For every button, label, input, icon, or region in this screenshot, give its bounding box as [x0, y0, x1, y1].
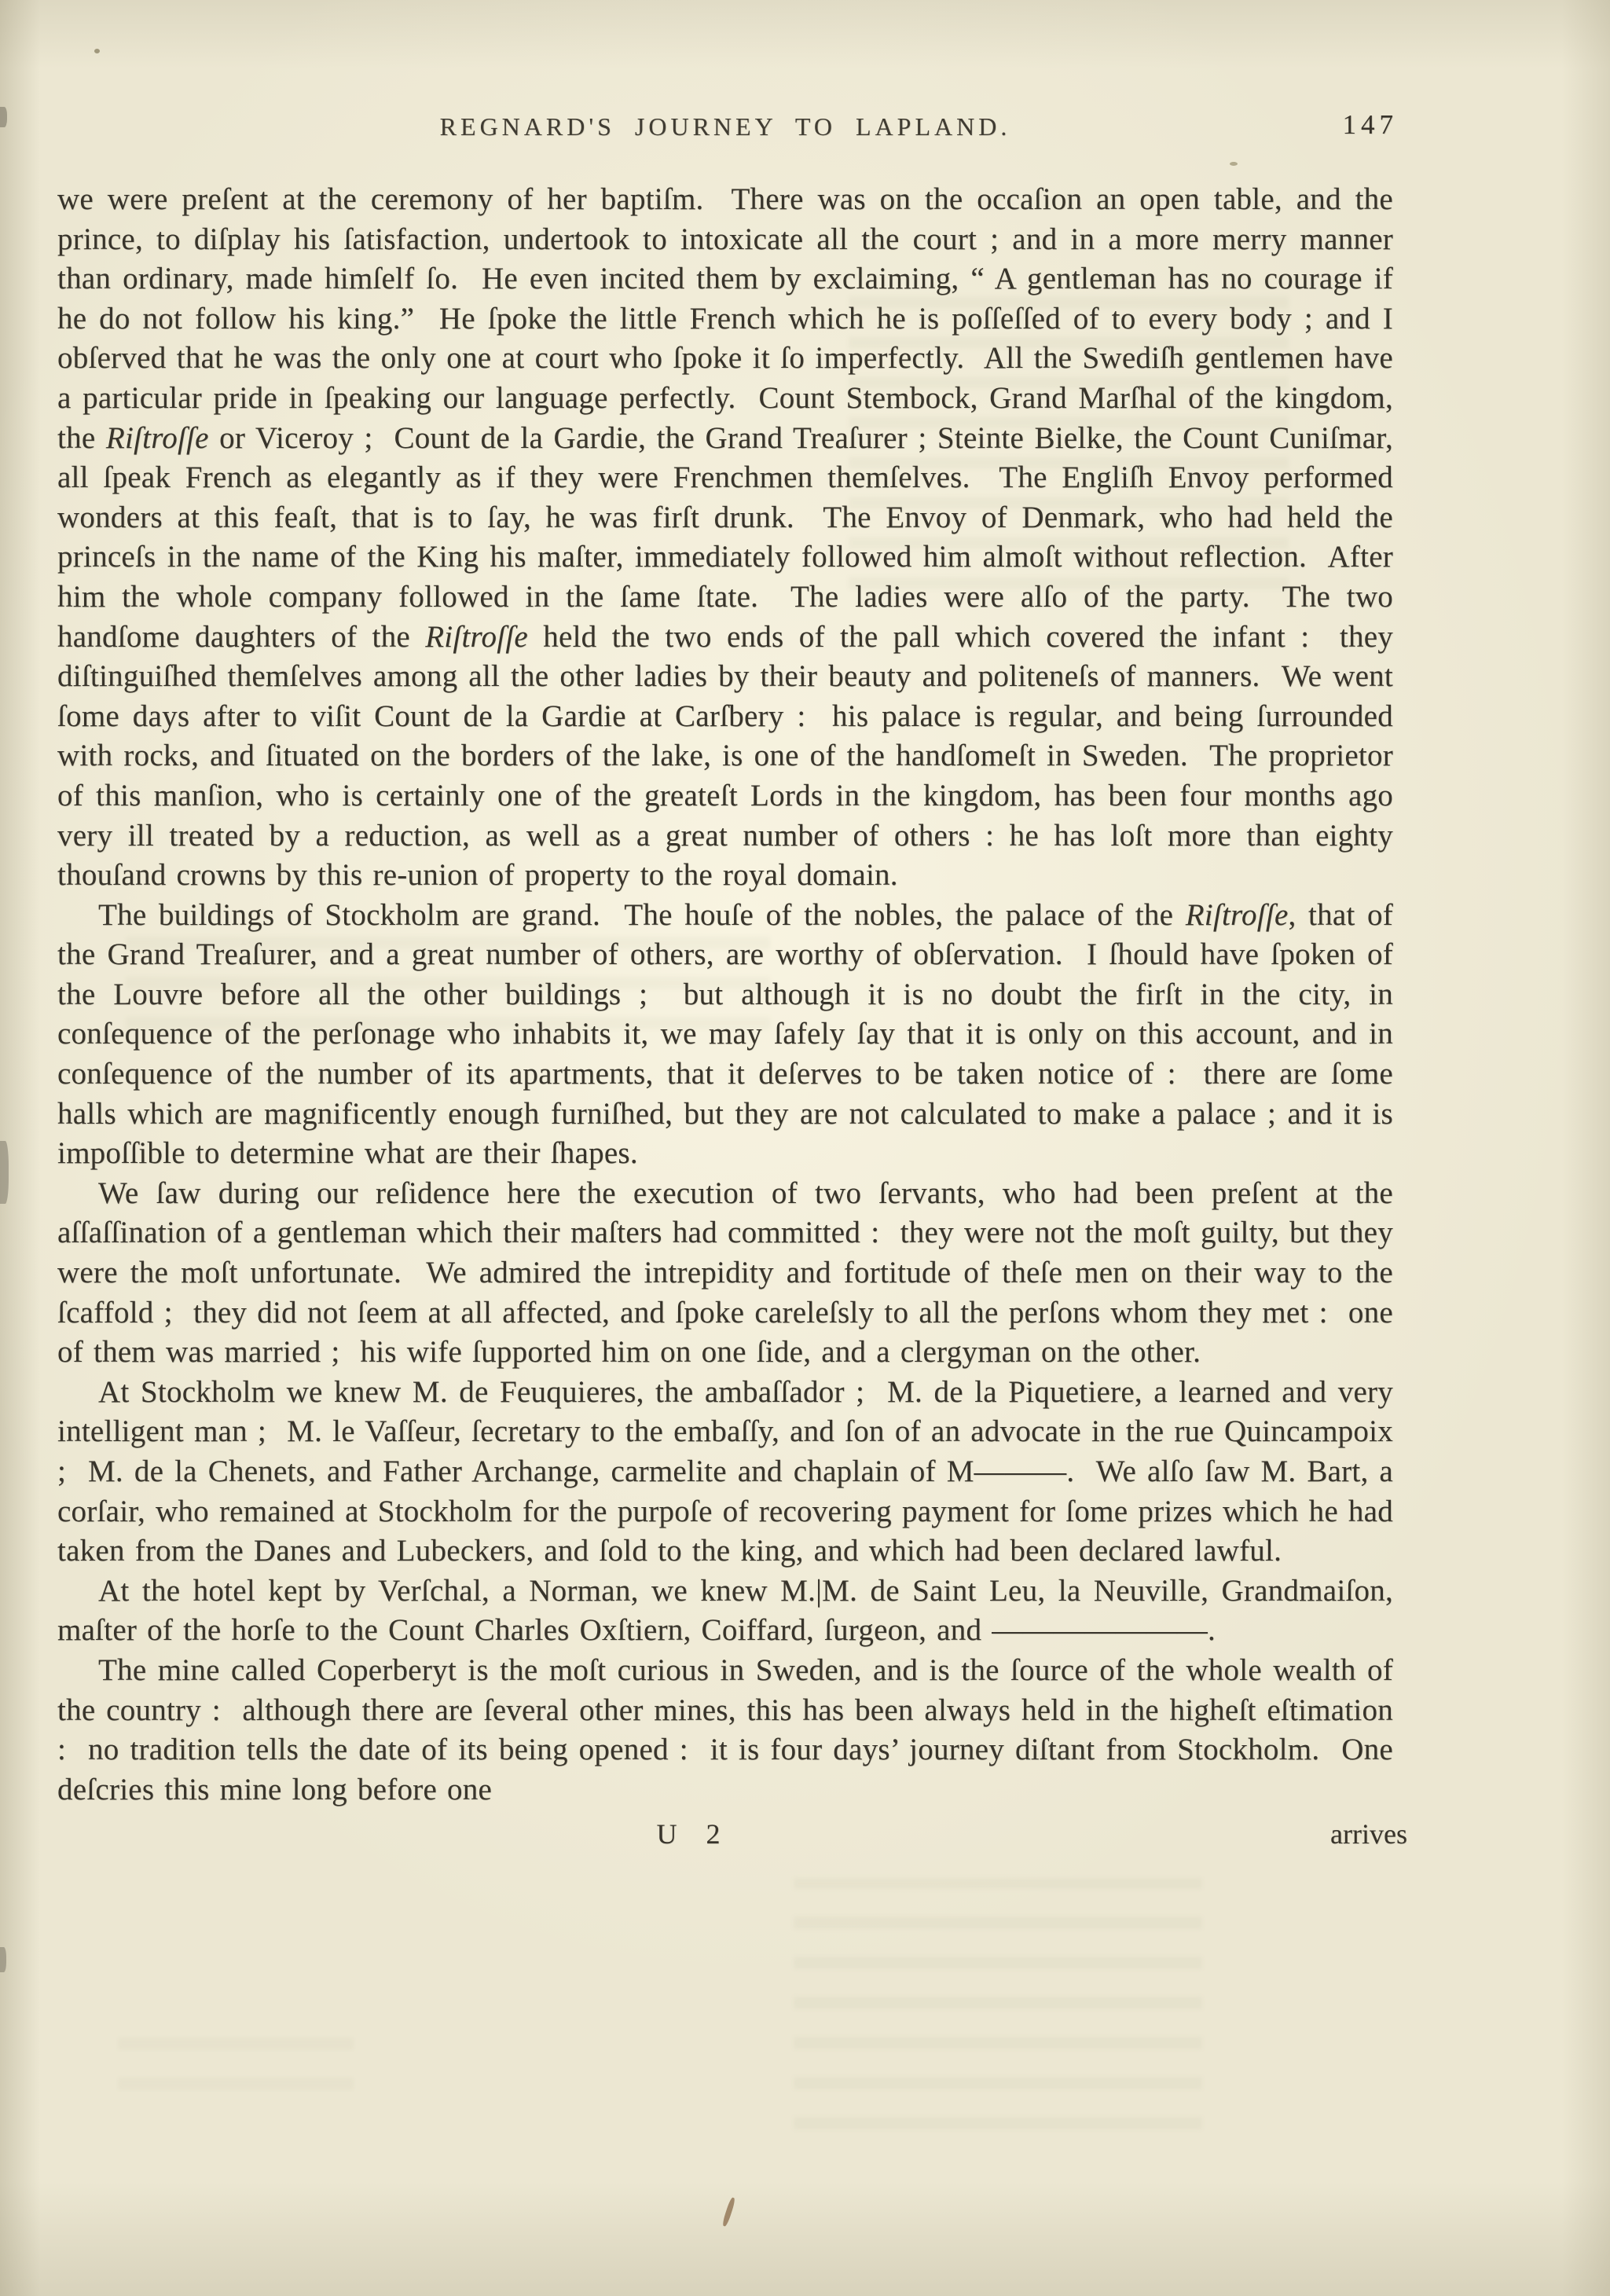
signature-mark: U 2: [657, 1817, 732, 1850]
text-segment: We ſaw during our reſidence here the exe…: [57, 1176, 1403, 1369]
text-segment: , that of the Grand Treaſurer, and a gre…: [57, 898, 1403, 1171]
catchword: arrives: [1330, 1817, 1407, 1850]
scan-edge-artifact: [0, 1141, 9, 1204]
ink-bleedthrough: [794, 1878, 1202, 2129]
text-segment: held the two ends of the pall which cove…: [57, 620, 1403, 893]
text-segment: At Stockholm we knew M. de Feuquieres, t…: [57, 1375, 1403, 1568]
paragraph: We ſaw during our reſidence here the exe…: [57, 1174, 1393, 1373]
text-block: REGNARD'S JOURNEY TO LAPLAND. 147 we wer…: [57, 112, 1393, 1857]
page-footer: U 2 arrives: [57, 1817, 1393, 1857]
scan-edge-artifact: [0, 1947, 6, 1972]
scan-edge-artifact: [0, 107, 7, 127]
italic-text-segment: Riſtroſſe: [425, 620, 528, 654]
running-header: REGNARD'S JOURNEY TO LAPLAND. 147: [57, 112, 1393, 149]
text-segment: At the hotel kept by Verſchal, a Norman,…: [57, 1574, 1403, 1648]
paragraph: The buildings of Stockholm are grand. Th…: [57, 896, 1393, 1174]
italic-text-segment: Riſtroſſe: [106, 421, 209, 455]
text-segment: The mine called Coperberyt is the moſt c…: [57, 1653, 1403, 1806]
book-page-scan: REGNARD'S JOURNEY TO LAPLAND. 147 we wer…: [0, 0, 1610, 2296]
text-segment: The buildings of Stockholm are grand. Th…: [98, 898, 1186, 932]
paragraph: At Stockholm we knew M. de Feuquieres, t…: [57, 1373, 1393, 1572]
running-title: REGNARD'S JOURNEY TO LAPLAND.: [57, 112, 1393, 141]
paper-speck: [721, 2197, 735, 2227]
text-segment: or Viceroy ; Count de la Gardie, the Gra…: [57, 421, 1403, 654]
text-segment: we were preſent at the ceremony of her b…: [57, 182, 1403, 455]
page-number: 147: [1343, 109, 1399, 141]
paragraph: we were preſent at the ceremony of her b…: [57, 180, 1393, 896]
paragraph: At the hotel kept by Verſchal, a Norman,…: [57, 1572, 1393, 1651]
paragraph: The mine called Coperberyt is the moſt c…: [57, 1651, 1393, 1810]
italic-text-segment: Riſtroſſe: [1186, 898, 1289, 932]
page-body: we were preſent at the ceremony of her b…: [57, 180, 1393, 1810]
ink-bleedthrough: [118, 2035, 354, 2090]
paper-speck: [94, 49, 100, 53]
